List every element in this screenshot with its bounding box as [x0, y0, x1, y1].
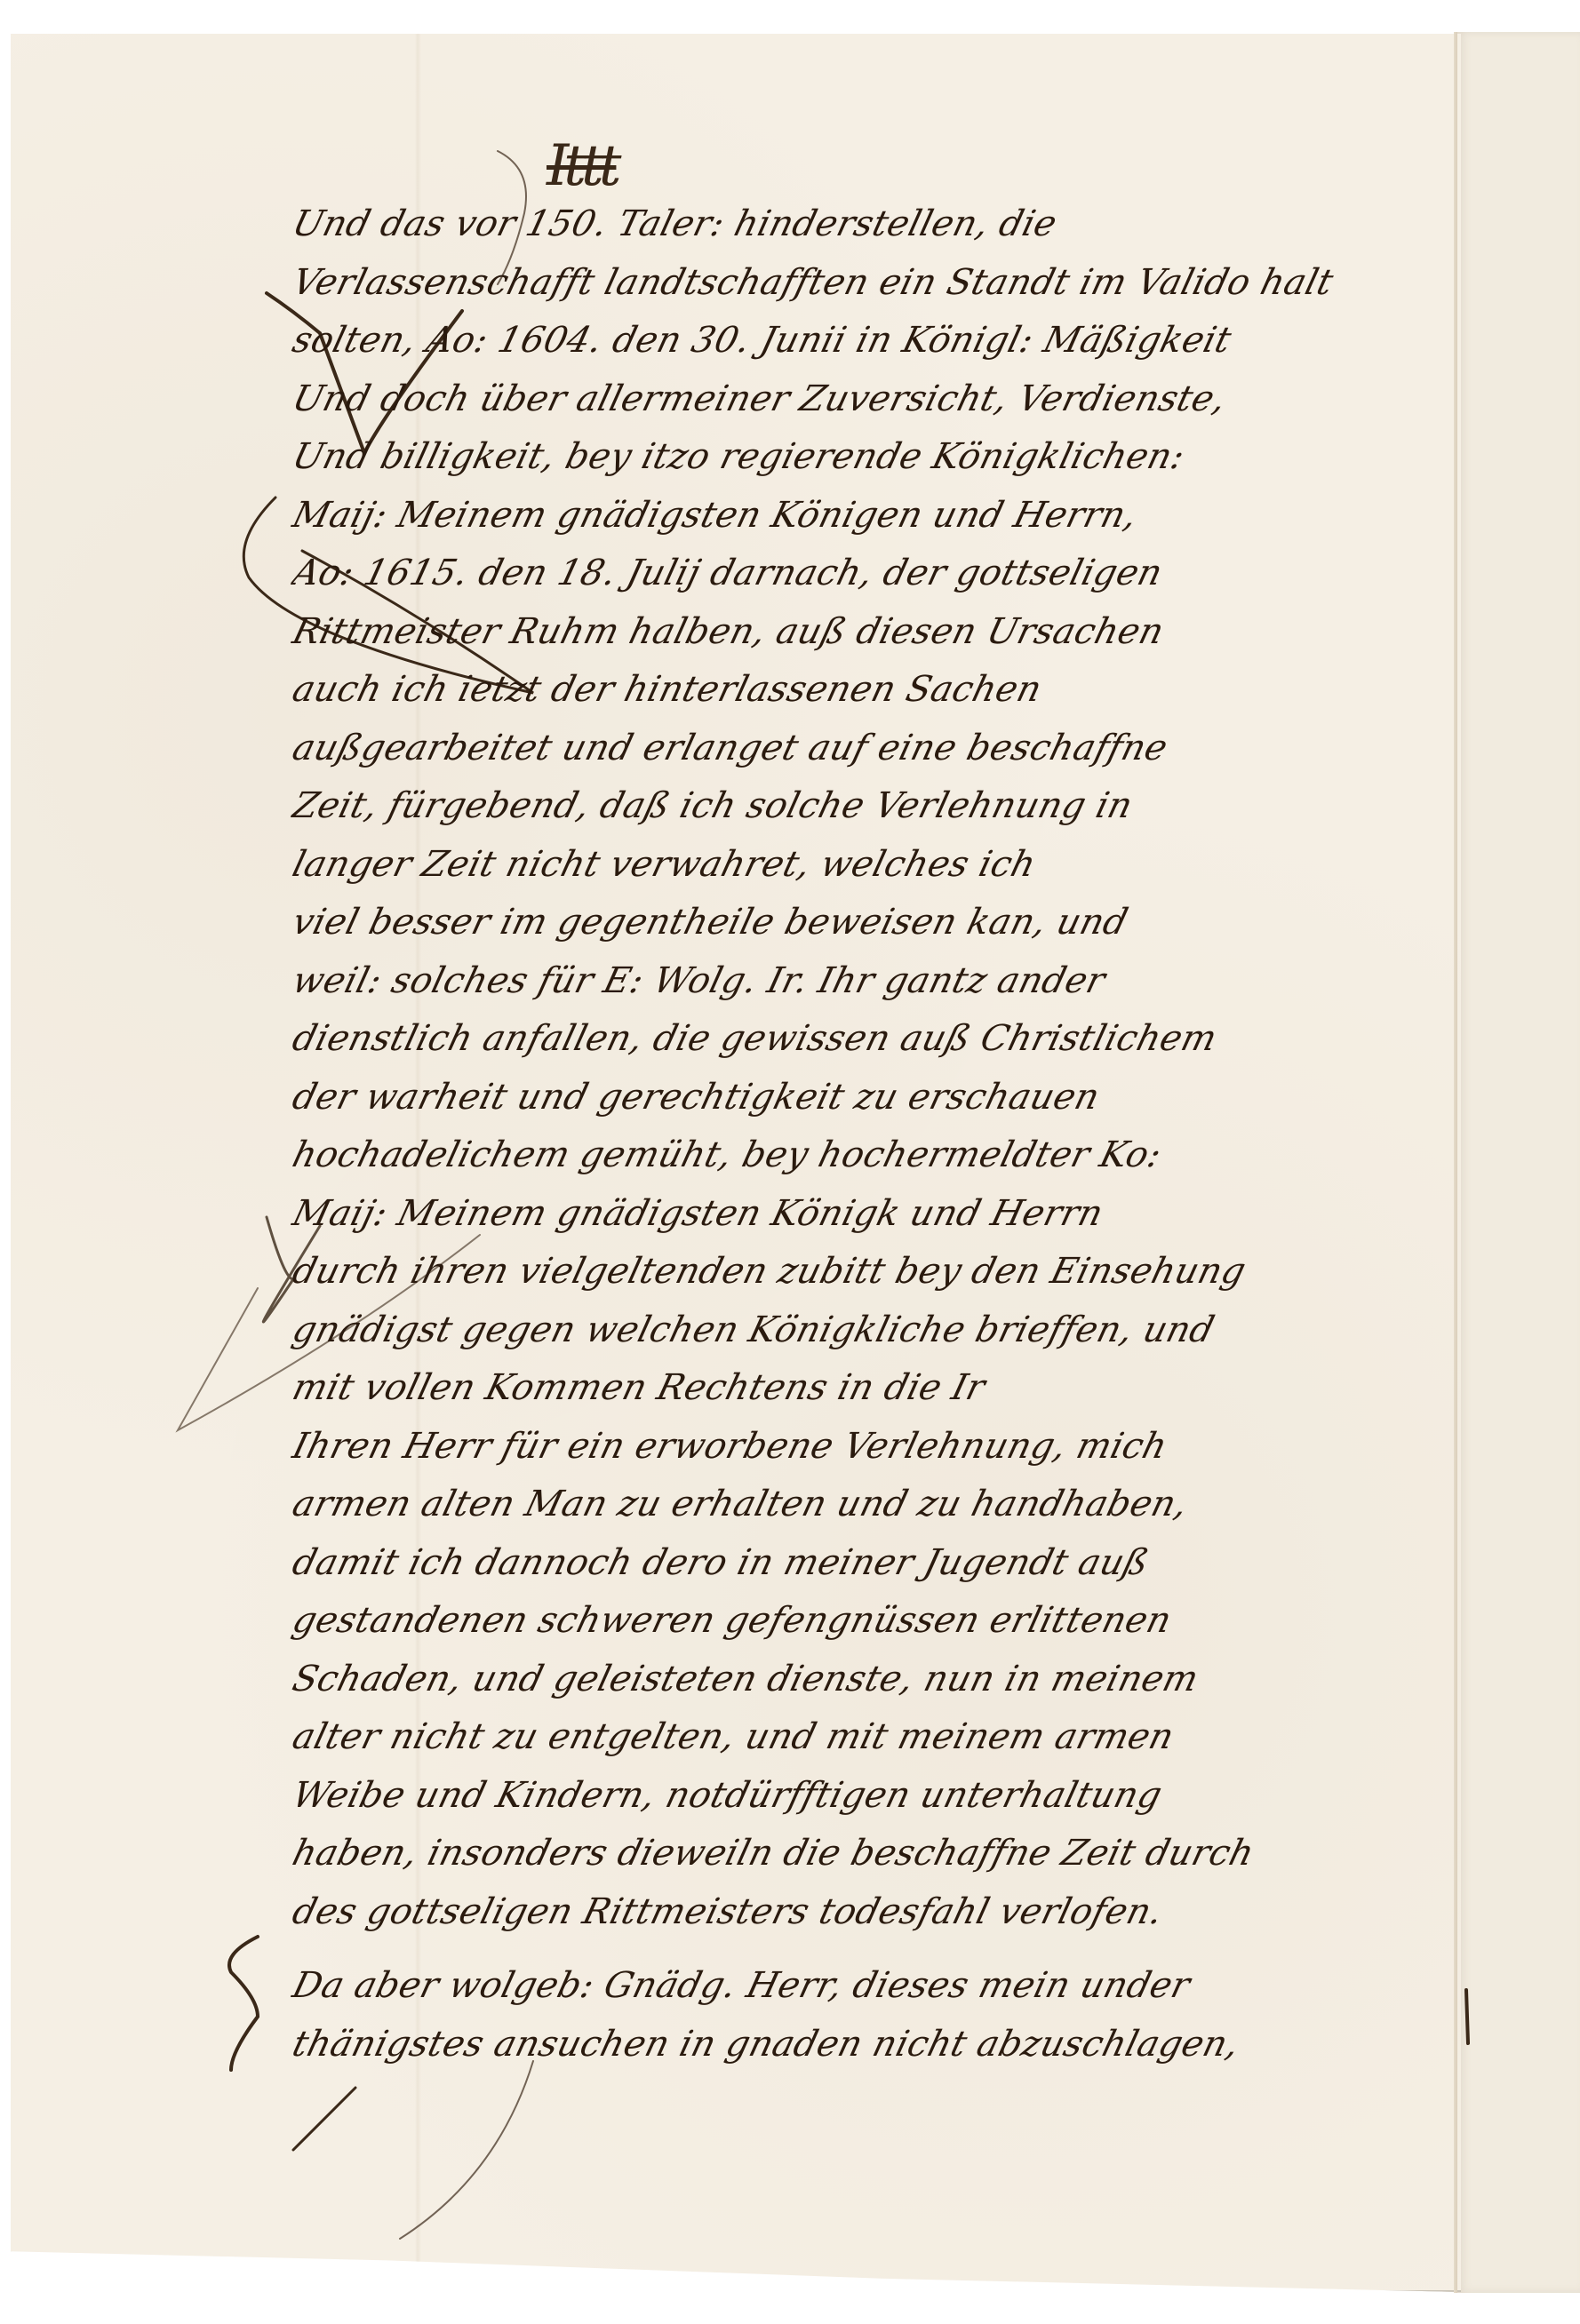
- text-line: weil: solches für E: Wolg. Ir. Ihr gantz…: [286, 952, 1473, 1011]
- text-line: außgearbeitet und erlanget auf eine besc…: [286, 720, 1473, 778]
- text-line: Und das vor 150. Taler: hinderstellen, d…: [286, 195, 1473, 254]
- text-line: solten, Ao: 1604. den 30. Junii in König…: [286, 312, 1473, 370]
- text-line: Rittmeister Ruhm halben, auß diesen Ursa…: [286, 603, 1473, 662]
- text-line: Da aber wolgeb: Gnädg. Herr, dieses mein…: [286, 1957, 1473, 2016]
- text-line: Schaden, und geleisteten dienste, nun in…: [286, 1651, 1473, 1709]
- text-line: durch ihren vielgeltenden zubitt bey den…: [286, 1243, 1473, 1301]
- text-line: alter nicht zu entgelten, und mit meinem…: [286, 1708, 1473, 1767]
- text-line: des gottseligen Rittmeisters todesfahl v…: [286, 1883, 1473, 1942]
- text-line: Zeit, fürgebend, daß ich solche Verlehnu…: [286, 777, 1473, 836]
- text-line: mit vollen Kommen Rechtens in die Ir: [286, 1359, 1473, 1418]
- second-sheet-edge: [1457, 32, 1580, 2293]
- text-line: Und billigkeit, bey itzo regierende Köni…: [286, 428, 1473, 487]
- text-line: armen alten Man zu erhalten und zu handh…: [286, 1476, 1473, 1534]
- text-line: gestandenen schweren gefengnüssen erlitt…: [286, 1592, 1473, 1651]
- text-line: dienstlich anfallen, die gewissen auß Ch…: [286, 1010, 1473, 1069]
- manuscript-text: Und das vor 150. Taler: hinderstellen, d…: [293, 195, 1466, 2073]
- text-line: Weibe und Kindern, notdürfftigen unterha…: [286, 1767, 1473, 1826]
- text-line: langer Zeit nicht verwahret, welches ich: [286, 836, 1473, 895]
- text-line: Verlassenschafft landtschafften ein Stan…: [286, 254, 1473, 313]
- text-line: viel besser im gegentheile beweisen kan,…: [286, 894, 1473, 952]
- header-mark: Ittt: [547, 133, 616, 199]
- text-line: haben, insonders dieweiln die beschaffne…: [286, 1825, 1473, 1883]
- text-line: auch ich ietzt der hinterlassenen Sachen: [286, 661, 1473, 720]
- text-line: Ihren Herr für ein erworbene Verlehnung,…: [286, 1418, 1473, 1476]
- text-line: thänigstes ansuchen in gnaden nicht abzu…: [286, 2016, 1473, 2074]
- text-line: Maij: Meinem gnädigsten Königk und Herrn: [286, 1185, 1473, 1244]
- text-line: gnädigst gegen welchen Königkliche brief…: [286, 1301, 1473, 1360]
- text-line: Ao: 1615. den 18. Julij darnach, der got…: [286, 545, 1473, 603]
- text-line: hochadelichem gemüht, bey hochermeldter …: [286, 1126, 1473, 1185]
- text-line: Maij: Meinem gnädigsten Königen und Herr…: [286, 487, 1473, 545]
- text-line: der warheit und gerechtigkeit zu erschau…: [286, 1069, 1473, 1127]
- text-line: Und doch über allermeiner Zuversicht, Ve…: [286, 370, 1473, 429]
- text-line: damit ich dannoch dero in meiner Jugendt…: [286, 1534, 1473, 1593]
